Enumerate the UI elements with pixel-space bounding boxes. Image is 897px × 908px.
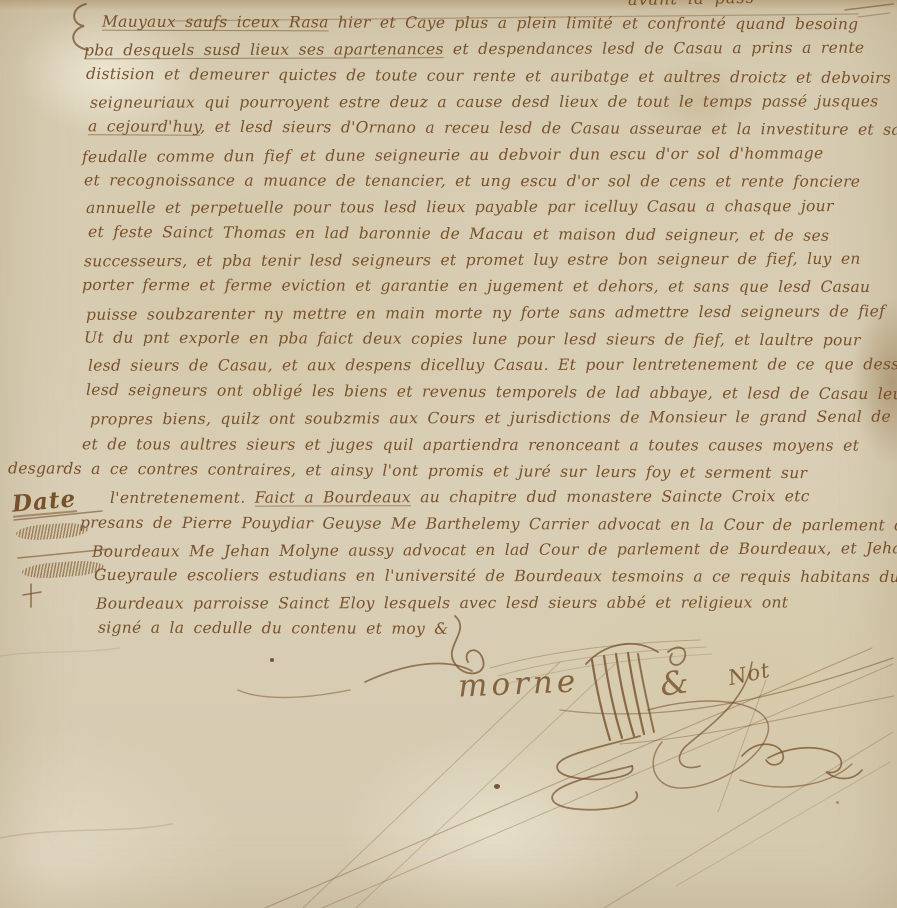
top-cut-line: avant la pass: [628, 0, 755, 9]
manuscript-line: lesd seigneurs ont obligé les biens et r…: [86, 381, 885, 412]
line-text: et feste Sainct Thomas en lad baronnie d…: [88, 223, 829, 245]
manuscript-line: annuelle et perpetuelle pour tous lesd l…: [86, 197, 885, 225]
line-text: feudalle comme dun fief et dune seigneur…: [82, 144, 824, 166]
notary-signature-name: morne: [457, 663, 580, 704]
line-text: lesd seigneurs ont obligé les biens et r…: [86, 381, 897, 403]
manuscript-line: Mauyaux saufs iceux Rasa hier et Caye pl…: [102, 13, 885, 42]
scratched-out-word: [16, 522, 89, 542]
line-text: presans de Pierre Pouydiar Geuyse Me Bar…: [80, 513, 897, 534]
manuscript-line: a cejourd'huy, et lesd sieurs d'Ornano a…: [88, 118, 885, 148]
ink-spot: [494, 784, 500, 789]
manuscript-line: seigneuriaux qui pourroyent estre deuz a…: [90, 92, 885, 120]
notary-abbreviation: Not: [726, 658, 773, 690]
top-cut-line-text: avant la pass: [628, 0, 755, 9]
underlined-phrase: Faict a Bourdeaux: [255, 488, 411, 506]
line-text: et recognoissance a muance de tenancier,…: [84, 171, 860, 190]
line-text: propres biens, quilz ont soubzmis aux Co…: [90, 407, 897, 428]
line-text: desgards a ce contres contraires, et ain…: [8, 459, 807, 482]
line-text: Ut du pnt exporle en pba faict deux copi…: [84, 329, 861, 350]
line-text: au chapitre dud monastere Saincte Croix …: [411, 487, 810, 506]
line-text: hier et Caye plus a plein limité et conf…: [329, 13, 859, 33]
manuscript-line: porter ferme et ferme eviction et garant…: [82, 276, 885, 304]
countersignature-flourish: [742, 744, 783, 765]
line-text: et despendances lesd de Casau a prins a …: [444, 39, 865, 58]
manuscript-line: puisse soubzarenter ny mettre en main mo…: [86, 302, 885, 332]
manuscript-line: Bourdeaux parroisse Sainct Eloy lesquels…: [96, 593, 885, 621]
manuscript-line: l'entretenement. Faict a Bourdeaux au ch…: [110, 487, 885, 515]
ink-spot: [270, 658, 274, 662]
line-text: &: [434, 620, 448, 638]
line-text: seigneuriaux qui pourroyent estre deuz a…: [90, 92, 879, 111]
margin-date-label: Date: [11, 485, 77, 517]
line-text: successeurs, et pba tenir lesd seigneurs…: [84, 250, 861, 271]
manuscript-line: Gueyraule escoliers estudians en l'unive…: [94, 566, 885, 594]
line-text: Bourdeaux parroisse Sainct Eloy lesquels…: [96, 593, 788, 612]
line-text: Bourdeaux Me Jehan Molyne aussy advocat …: [92, 539, 897, 561]
line-text: , et lesd sieurs d'Ornano a receu lesd d…: [200, 118, 897, 139]
manuscript-line: Ut du pnt exporle en pba faict deux copi…: [84, 329, 885, 358]
line-text: puisse soubzarenter ny mettre en main mo…: [86, 302, 885, 323]
line-text: Gueyraule escoliers estudians en l'unive…: [94, 566, 897, 586]
underlined-phrase: a cejourd'huy: [88, 118, 200, 136]
manuscript-line: Bourdeaux Me Jehan Molyne aussy advocat …: [92, 539, 885, 569]
ink-spot: [836, 801, 839, 804]
line-text: et de tous aultres sieurs et juges quil …: [82, 435, 859, 454]
line-text: porter ferme et ferme eviction et garant…: [82, 276, 870, 296]
manuscript-line: signé a la cedulle du contenu et moy &: [98, 619, 885, 648]
manuscript-line: propres biens, quilz ont soubzmis aux Co…: [90, 408, 885, 437]
manuscript-line: et feste Sainct Thomas en lad baronnie d…: [88, 223, 885, 254]
manuscript-page: avant la pass Mauyaux saufs iceux Rasa h…: [0, 0, 897, 908]
line-text: l'entretenement.: [110, 489, 255, 507]
manuscript-line: desgards a ce contres contraires, et ain…: [8, 459, 885, 491]
manuscript-line: et recognoissance a muance de tenancier,…: [84, 171, 885, 199]
line-text: annuelle et perpetuelle pour tous lesd l…: [86, 197, 834, 217]
line-text: signé a la cedulle du contenu et moy: [98, 619, 434, 638]
manuscript-line: successeurs, et pba tenir lesd seigneurs…: [84, 250, 885, 279]
manuscript-line: distision et demeurer quictes de toute c…: [86, 65, 885, 96]
manuscript-line: presans de Pierre Pouydiar Geuyse Me Bar…: [80, 513, 885, 542]
line-text: distision et demeurer quictes de toute c…: [86, 65, 891, 87]
line-text: lesd sieurs de Casau, et aux despens dic…: [88, 356, 897, 375]
manuscript-line: lesd sieurs de Casau, et aux despens dic…: [88, 356, 885, 384]
manuscript-line: et de tous aultres sieurs et juges quil …: [82, 435, 885, 463]
manuscript-line: pba desquels susd lieux ses apartenances…: [84, 39, 885, 68]
manuscript-text: Mauyaux saufs iceux Rasa hier et Caye pl…: [88, 14, 885, 646]
manuscript-line: feudalle comme dun fief et dune seigneur…: [82, 144, 885, 175]
underlined-phrase: pba desquels susd lieux ses apartenances: [84, 40, 444, 59]
underlined-phrase: Mauyaux saufs iceux Rasa: [102, 13, 329, 32]
signature-ampersand: &: [657, 662, 690, 704]
